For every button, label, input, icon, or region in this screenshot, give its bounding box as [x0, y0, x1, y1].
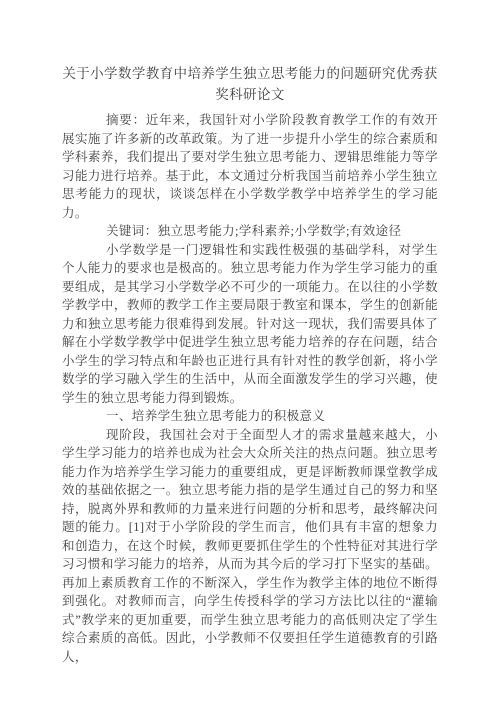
section-heading-1: 一、培养学生独立思考能力的积极意义	[62, 407, 438, 426]
abstract-paragraph: 摘要：近年来，我国针对小学阶段教育教学工作的有效开展实施了许多新的改革政策。为了…	[62, 111, 438, 222]
intro-paragraph: 小学数学是一门逻辑性和实践性极强的基础学科，对学生个人能力的要求也是极高的。独立…	[62, 241, 438, 408]
document-title: 关于小学数学教育中培养学生独立思考能力的问题研究优秀获奖科研论文	[62, 63, 438, 105]
keywords-line: 关键词：独立思考能力;学科素养;小学数学;有效途径	[62, 222, 438, 241]
body-paragraph-1: 现阶段，我国社会对于全面型人才的需求量越来越大，小学生学习能力的培养也成为社会大…	[62, 426, 438, 667]
document-page: 关于小学数学教育中培养学生独立思考能力的问题研究优秀获奖科研论文 摘要：近年来，…	[62, 63, 438, 666]
